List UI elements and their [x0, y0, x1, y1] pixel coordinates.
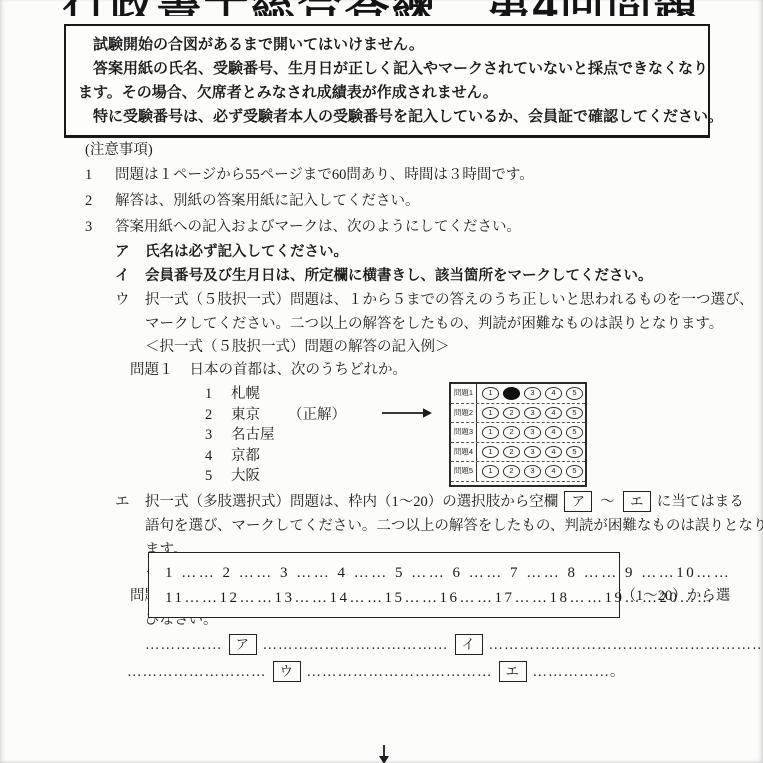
- answer-grid-row-label: 問題4: [451, 443, 477, 462]
- down-arrow-icon: [376, 745, 392, 763]
- note-item-1: 1問題は１ページから55ページまで60問あり、時間は３時間です。: [85, 162, 739, 188]
- note-item-text: 問題は１ページから55ページまで60問あり、時間は３時間です。: [115, 167, 534, 183]
- clipped-title-strip: 行政書士総合答練 第4回問題: [0, 0, 763, 16]
- note-item-number: 1: [85, 162, 115, 188]
- note-item-text: 答案用紙への記入およびマークは、次のようにしてください。: [115, 219, 521, 235]
- option-label: 京都: [231, 448, 260, 464]
- answer-grid-bubbles: 12345: [477, 407, 585, 420]
- option-label: 札幌: [231, 386, 260, 402]
- notice-line: 答案用紙の氏名、受験番号、生月日が正しく記入やマークされていないと採点できなくな…: [78, 57, 696, 81]
- answer-bubble: 5: [566, 465, 583, 478]
- sub-item-text: 氏名は必ず記入してください。: [145, 244, 348, 260]
- answer-bubble: 2: [503, 426, 520, 439]
- answer-bubble: 4: [545, 465, 562, 478]
- sub-item-text: 択一式（多肢選択式）問題は、枠内（1～20）の選択肢から空欄: [145, 494, 558, 510]
- example1-illustration: 1札幌2東京（正解）3名古屋4京都5大阪 問題112345問題212345問題3…: [85, 384, 739, 490]
- option-line: 2東京（正解）: [205, 405, 346, 426]
- answer-bubble: 4: [545, 426, 562, 439]
- answer-bubble: 5: [566, 446, 583, 459]
- answer-bubble: 2: [503, 407, 520, 420]
- option-number: 5: [205, 466, 231, 487]
- answer-bubble: 3: [524, 407, 541, 420]
- answer-grid-row-label: 問題1: [451, 384, 477, 403]
- sub-item-e-continuation: 語句を選び、マークしてください。二つ以上の解答をしたもの、判読が困難なものは誤り…: [145, 514, 739, 538]
- sub-item-e: エ択一式（多肢選択式）問題は、枠内（1～20）の選択肢から空欄ア～エに当てはまる: [115, 490, 739, 514]
- answer-grid-row: 問題212345: [451, 404, 585, 424]
- choices-1-20-box: 1 …… 2 …… 3 …… 4 …… 5 …… 6 …… 7 …… 8 …… …: [148, 552, 620, 618]
- leader-dots: ………………………………………………: [489, 637, 763, 653]
- answer-bubble: 1: [482, 465, 499, 478]
- answer-grid-row-label: 問題3: [451, 423, 477, 442]
- answer-grid-row: 問題512345: [451, 462, 585, 482]
- sub-item-kana: ア: [115, 240, 145, 264]
- answer-grid-bubbles: 12345: [477, 465, 585, 478]
- correct-answer-note: （正解）: [288, 407, 346, 423]
- answer-bubble: 2: [503, 446, 520, 459]
- answer-bubble: 1: [482, 387, 499, 400]
- sub-item-u-continuation: マークしてください。二つ以上の解答をしたもの、判読が困難なものは誤りとなります。: [145, 312, 739, 336]
- answer-bubble: 3: [524, 446, 541, 459]
- sub-item-kana: ウ: [115, 288, 145, 312]
- fill-in-line-1: ……………ア………………………………イ………………………………………………: [145, 632, 739, 659]
- option-number: 4: [205, 446, 231, 467]
- blank-box-e: エ: [499, 661, 527, 682]
- answer-grid-row-label: 問題2: [451, 404, 477, 423]
- leader-dots: ………………………………: [307, 664, 493, 680]
- option-number: 2: [205, 405, 231, 426]
- answer-bubble: 5: [566, 407, 583, 420]
- sub-item-a: ア氏名は必ず記入してください。: [115, 240, 739, 264]
- answer-grid: 問題112345問題212345問題312345問題412345問題512345: [449, 382, 587, 487]
- fill-in-line-2: ………………………ウ………………………………エ……………。: [127, 659, 739, 686]
- warning-notice-box: 試験開始の合図があるまで開いてはいけません。 答案用紙の氏名、受験番号、生月日が…: [64, 24, 710, 138]
- notice-line: ます。その場合、欠席者とみなされ成績表が作成されません。: [78, 81, 696, 105]
- note-item-3: 3答案用紙への記入およびマークは、次のようにしてください。: [85, 214, 739, 240]
- answer-grid-bubbles: 12345: [477, 426, 585, 439]
- sub-item-text: 択一式（５肢択一式）問題は、１から５までの答えのうち正しいと思われるものを一つ選…: [145, 292, 753, 308]
- blank-box-a: ア: [564, 491, 592, 512]
- sub-item-text: に当てはまる: [657, 494, 744, 510]
- sub-item-u: ウ択一式（５肢択一式）問題は、１から５までの答えのうち正しいと思われるものを一つ…: [115, 288, 739, 312]
- leader-dots: ………………………………: [263, 637, 449, 653]
- sub-item-kana: イ: [115, 264, 145, 288]
- leader-dots: ……………: [145, 637, 223, 653]
- answer-grid-row: 問題312345: [451, 423, 585, 443]
- blank-box-i: イ: [455, 634, 483, 655]
- note-item-2: 2解答は、別紙の答案用紙に記入してください。: [85, 188, 739, 214]
- note-item-text: 解答は、別紙の答案用紙に記入してください。: [115, 193, 420, 209]
- question1-label: 問題１: [130, 362, 174, 378]
- option-line: 3名古屋: [205, 425, 346, 446]
- answer-bubble: 4: [545, 446, 562, 459]
- option-list: 1札幌2東京（正解）3名古屋4京都5大阪: [205, 384, 346, 487]
- blank-box-e: エ: [623, 491, 651, 512]
- option-number: 3: [205, 425, 231, 446]
- answer-bubble: 5: [566, 426, 583, 439]
- option-label: 大阪: [231, 468, 260, 484]
- answer-bubble: 5: [566, 387, 583, 400]
- option-label: 名古屋: [231, 427, 275, 443]
- tilde-separator: ～: [600, 494, 615, 510]
- notice-line: 特に受験番号は、必ず受験者本人の受験番号を記入しているか、会員証で確認してくださ…: [78, 105, 696, 129]
- answer-bubble: 4: [545, 407, 562, 420]
- leader-dots: ……………。: [533, 664, 626, 680]
- answer-bubble: 1: [482, 446, 499, 459]
- answer-grid-row: 問題412345: [451, 443, 585, 463]
- blank-box-a: ア: [229, 634, 257, 655]
- blank-box-u: ウ: [273, 661, 301, 682]
- option-line: 4京都: [205, 446, 346, 467]
- answer-bubble: 2: [503, 465, 520, 478]
- sub-item-text: 会員番号及び生月日は、所定欄に横書きし、該当箇所をマークしてください。: [145, 268, 653, 284]
- answer-bubble: 1: [482, 426, 499, 439]
- option-number: 1: [205, 384, 231, 405]
- option-line: 5大阪: [205, 466, 346, 487]
- answer-bubble: 1: [482, 407, 499, 420]
- sub-item-kana: エ: [115, 490, 145, 514]
- note-item-number: 2: [85, 188, 115, 214]
- sub-item-i: イ会員番号及び生月日は、所定欄に横書きし、該当箇所をマークしてください。: [115, 264, 739, 288]
- right-arrow-icon: [381, 406, 433, 420]
- answer-bubble-marked: 2: [503, 387, 520, 400]
- option-line: 1札幌: [205, 384, 346, 405]
- page-title: 行政書士総合答練 第4回問題: [0, 0, 763, 16]
- option-label: 東京: [231, 407, 260, 423]
- answer-grid-row-label: 問題5: [451, 462, 477, 481]
- answer-bubble: 3: [524, 387, 541, 400]
- question1-line: 問題１日本の首都は、次のうちどれか。: [130, 359, 739, 382]
- choices-row-1: 1 …… 2 …… 3 …… 4 …… 5 …… 6 …… 7 …… 8 …… …: [165, 561, 607, 586]
- notice-line: 試験開始の合図があるまで開いてはいけません。: [78, 33, 696, 57]
- answer-grid-bubbles: 12345: [477, 387, 585, 400]
- answer-bubble: 4: [545, 387, 562, 400]
- answer-bubble: 3: [524, 426, 541, 439]
- notes-heading: (注意事項): [85, 138, 739, 162]
- note-item-number: 3: [85, 214, 115, 240]
- choices-row-2: 11……12……13……14……15……16……17……18……19……20……: [165, 586, 607, 611]
- exam-cover-page: 行政書士総合答練 第4回問題 試験開始の合図があるまで開いてはいけません。 答案…: [0, 0, 763, 763]
- leader-dots: ………………………: [127, 664, 267, 680]
- example1-heading: ＜択一式（５肢択一式）問題の解答の記入例＞: [145, 336, 739, 359]
- question1-text: 日本の首都は、次のうちどれか。: [190, 362, 408, 378]
- answer-grid-bubbles: 12345: [477, 446, 585, 459]
- answer-grid-row: 問題112345: [451, 384, 585, 404]
- answer-bubble: 3: [524, 465, 541, 478]
